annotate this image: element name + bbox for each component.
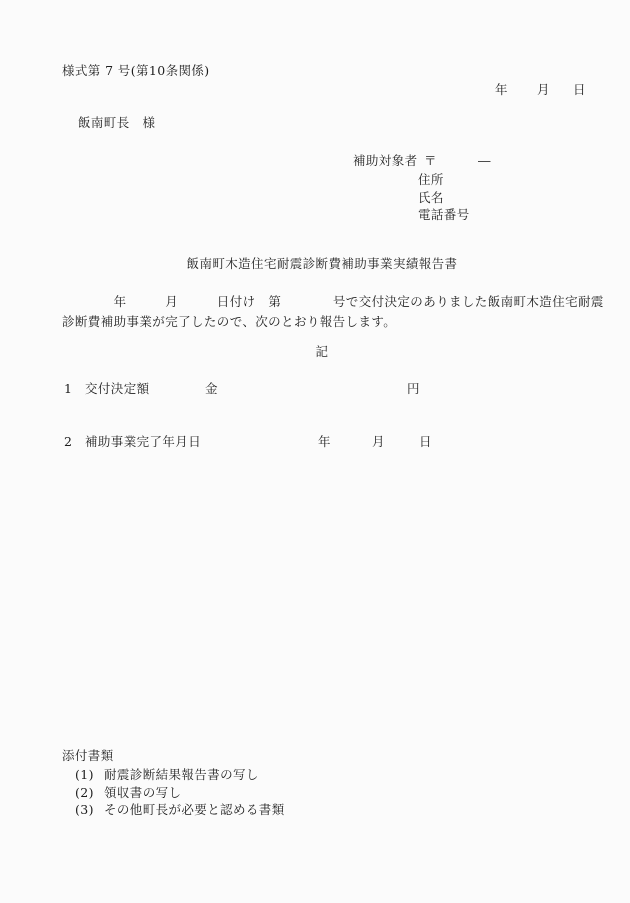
item2-label-completion-date: 補助事業完了年月日 [85,434,201,449]
address-label: 住所 [418,172,444,187]
body-paragraph-line1: 年 月 日付け 第 号で交付決定のありました飯南町木造住宅耐震 [62,294,604,309]
ki-heading: 記 [0,344,630,359]
addressee: 飯南町長 様 [78,115,155,130]
item2-date-year-label: 年 [318,434,331,449]
attachments-heading: 添付書類 [62,748,114,763]
item1-number: 1 [64,381,72,396]
item1-label-grant-amount: 交付決定額 [85,381,150,396]
document-title: 飯南町木造住宅耐震診断費補助事業実績報告書 [0,256,630,271]
attachment-item-text: その他町長が必要と認める書類 [104,802,285,817]
attachment-item-number: (3) [75,802,94,817]
body-paragraph-line2: 診断費補助事業が完了したので、次のとおり報告します。 [62,314,396,329]
applicant-label: 補助対象者 [353,153,418,168]
header-date-day-label: 日 [573,82,586,97]
item2-date-day-label: 日 [419,434,432,449]
header-date-year-label: 年 [495,82,508,97]
attachment-item-text: 領収書の写し [104,785,181,800]
item1-amount-prefix: 金 [205,381,218,396]
postal-mark: 〒 [424,153,437,168]
document-page: 様式第 7 号(第10条関係) 年 月 日 飯南町長 様 補助対象者 〒 ― 住… [0,0,630,903]
attachment-item-text: 耐震診断結果報告書の写し [104,767,259,782]
attachment-item-number: (2) [75,785,94,800]
item2-date-month-label: 月 [372,434,385,449]
postal-code-dash: ― [478,153,491,168]
phone-label: 電話番号 [418,207,470,222]
item2-number: 2 [64,434,72,449]
item1-amount-suffix: 円 [407,381,420,396]
name-label: 氏名 [418,190,444,205]
form-number: 様式第 7 号(第10条関係) [62,63,210,78]
header-date-month-label: 月 [537,82,550,97]
attachment-item-number: (1) [75,767,94,782]
